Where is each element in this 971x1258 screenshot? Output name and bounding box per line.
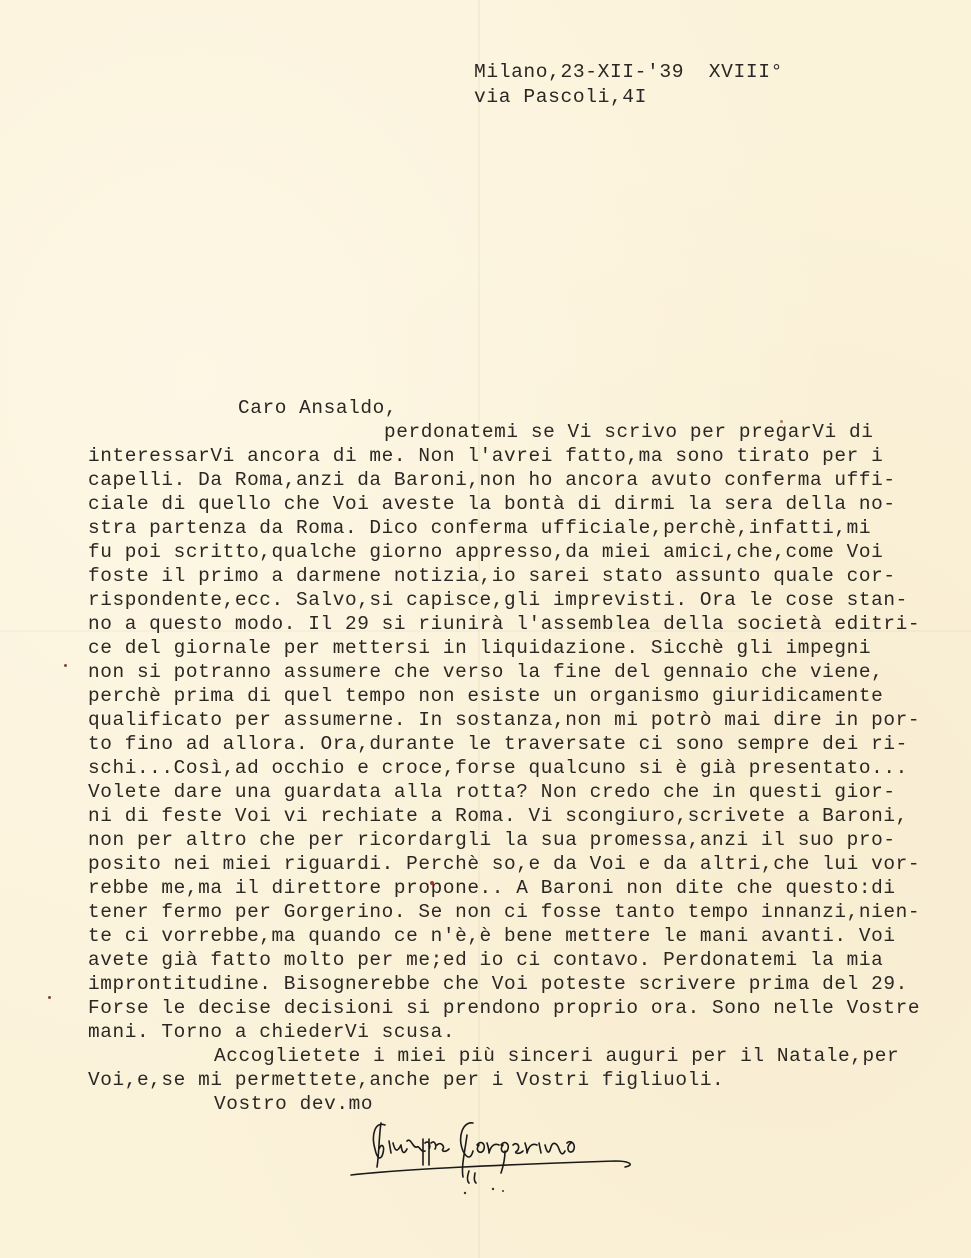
body-line: Forse le decise decisioni si prendono pr…	[88, 996, 920, 1020]
closing-line: Accoglietete i miei più sinceri auguri p…	[214, 1044, 899, 1068]
body-line: stra partenza da Roma. Dico conferma uff…	[88, 516, 871, 540]
handwritten-signature	[345, 1115, 645, 1195]
body-line: ciale di quello che Voi aveste la bontà …	[88, 492, 896, 516]
body-line: schi...Così,ad occhio e croce,forse qual…	[88, 756, 908, 780]
body-line: qualificato per assumerne. In sostanza,n…	[88, 708, 920, 732]
body-line: improntitudine. Bisognerebbe che Voi pot…	[88, 972, 908, 996]
body-line: ni di feste Voi vi rechiate a Roma. Vi s…	[88, 804, 908, 828]
body-line: rispondente,ecc. Salvo,si capisce,gli im…	[88, 588, 908, 612]
body-line: fu poi scritto,qualche giorno appresso,d…	[88, 540, 883, 564]
body-line: ce del giornale per mettersi in liquidaz…	[88, 636, 871, 660]
body-line: interessarVi ancora di me. Non l'avrei f…	[88, 444, 883, 468]
body-line: te ci vorrebbe,ma quando ce n'è,è bene m…	[88, 924, 896, 948]
body-line: foste il primo a darmene notizia,io sare…	[88, 564, 896, 588]
body-line: to fino ad allora. Ora,durante le traver…	[88, 732, 908, 756]
ink-speck	[430, 881, 434, 885]
body-line: perdonatemi se Vi scrivo per pregarVi di	[384, 420, 873, 444]
salutation: Caro Ansaldo,	[238, 396, 397, 420]
body-line: mani. Torno a chiederVi scusa.	[88, 1020, 455, 1044]
ink-speck	[780, 420, 783, 423]
body-line: non si potranno assumere che verso la fi…	[88, 660, 883, 684]
body-line: avete già fatto molto per me;ed io ci co…	[88, 948, 883, 972]
letter-page: Milano,23-XII-'39 XVIII° via Pascoli,4I …	[0, 0, 971, 1258]
ink-speck	[64, 664, 67, 667]
closing-line: Voi,e,se mi permettete,anche per i Vostr…	[88, 1068, 724, 1092]
body-line: perchè prima di quel tempo non esiste un…	[88, 684, 883, 708]
valediction: Vostro dev.mo	[214, 1092, 373, 1116]
body-line: rebbe me,ma il direttore propone.. A Bar…	[88, 876, 896, 900]
body-line: capelli. Da Roma,anzi da Baroni,non ho a…	[88, 468, 896, 492]
address-line: via Pascoli,4I	[474, 85, 647, 109]
ink-speck	[48, 996, 51, 999]
body-line: posito nei miei riguardi. Perchè so,e da…	[88, 852, 920, 876]
date-line: Milano,23-XII-'39 XVIII°	[474, 60, 783, 84]
body-line: non per altro che per ricordargli la sua…	[88, 828, 896, 852]
body-line: Volete dare una guardata alla rotta? Non…	[88, 780, 896, 804]
body-line: no a questo modo. Il 29 si riunirà l'ass…	[88, 612, 920, 636]
body-line: tener fermo per Gorgerino. Se non ci fos…	[88, 900, 920, 924]
